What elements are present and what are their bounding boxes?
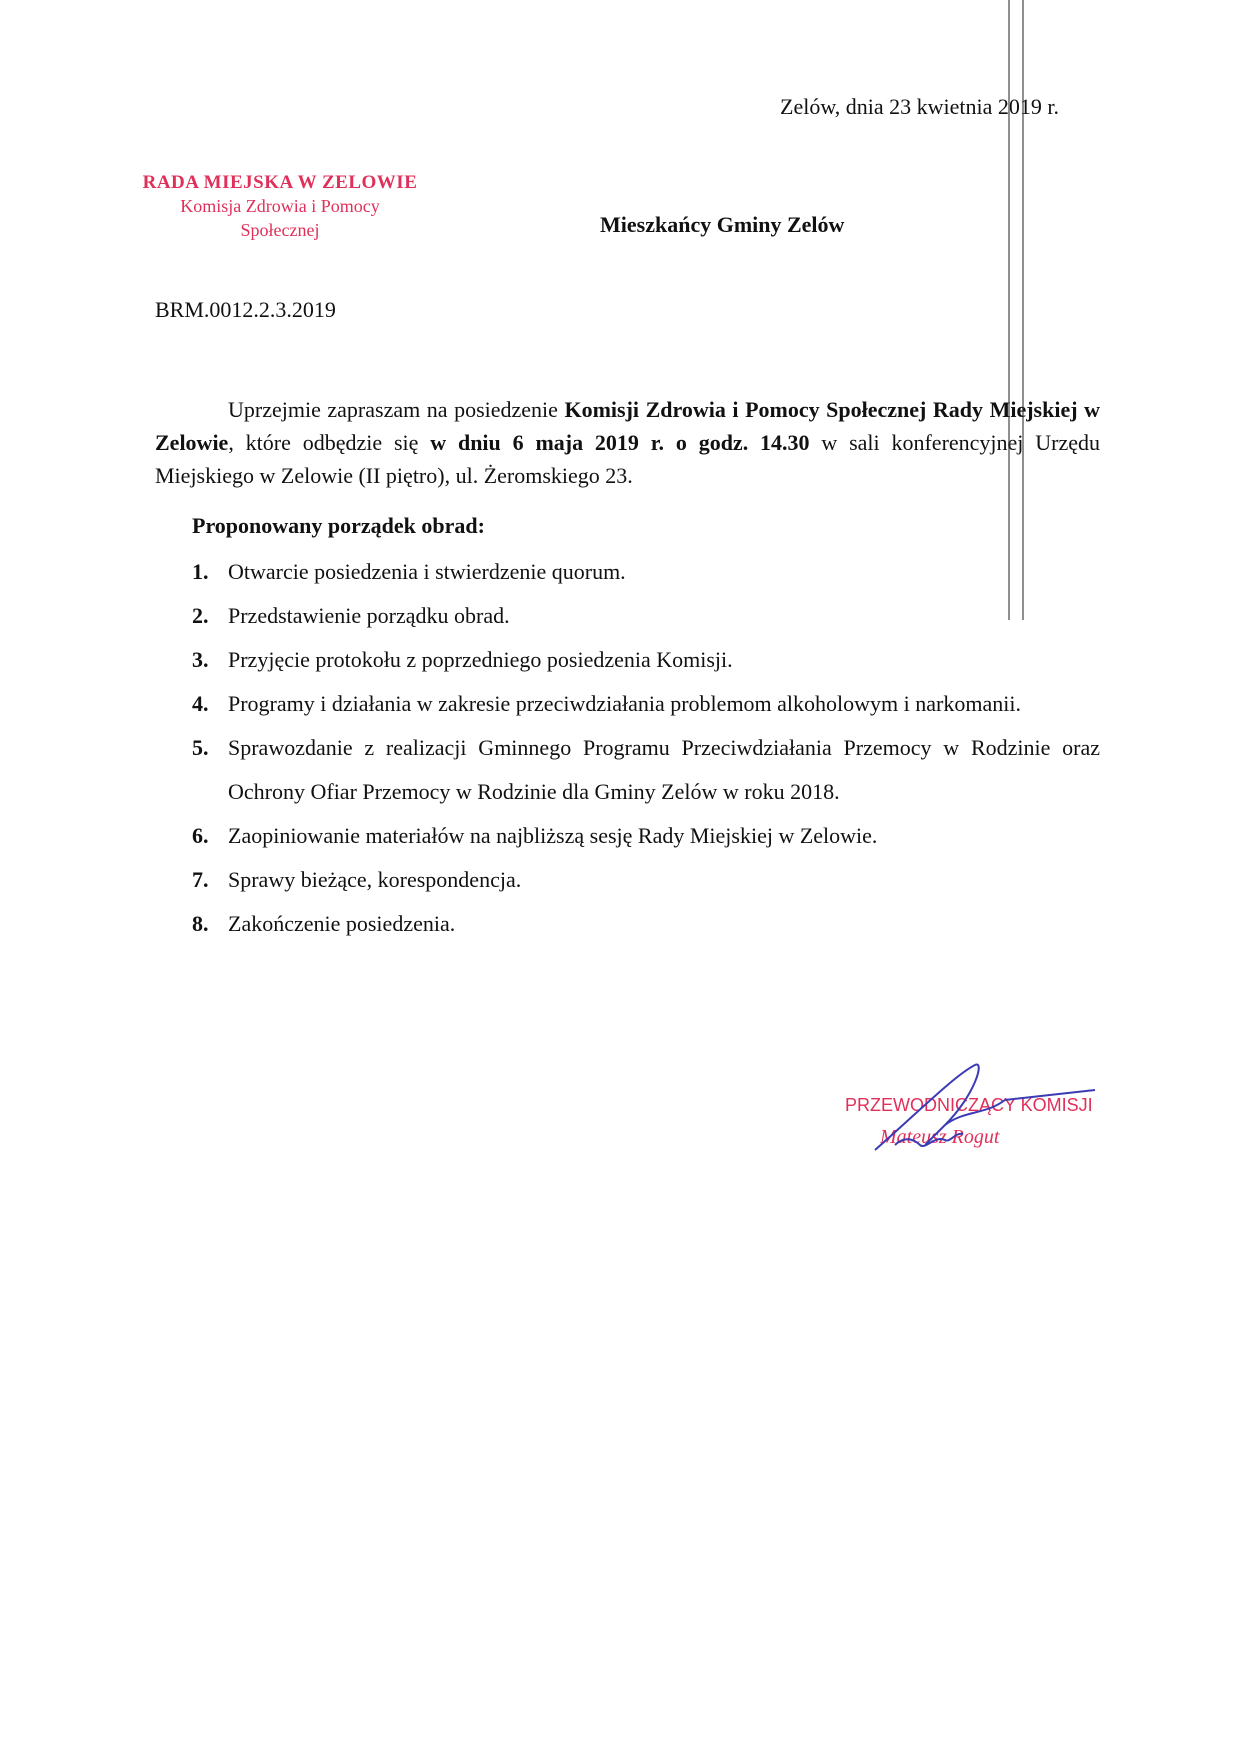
agenda-num: 7.: [192, 858, 228, 902]
agenda-text: Sprawozdanie z realizacji Gminnego Progr…: [228, 726, 1100, 814]
agenda-text: Przyjęcie protokołu z poprzedniego posie…: [228, 638, 1100, 682]
agenda-text: Programy i działania w zakresie przeciwd…: [228, 682, 1100, 726]
stamp-line-3: Społecznej: [120, 218, 440, 242]
agenda-text: Zaopiniowanie materiałów na najbliższą s…: [228, 814, 1100, 858]
agenda-num: 8.: [192, 902, 228, 946]
agenda-text: Zakończenie posiedzenia.: [228, 902, 1100, 946]
stamp-line-1: RADA MIEJSKA W ZELOWIE: [120, 172, 440, 194]
reference-number: BRM.0012.2.3.2019: [155, 297, 336, 323]
recipient: Mieszkańcy Gminy Zelów: [600, 212, 844, 238]
signature-block: PRZEWODNICZĄCY KOMISJI Mateusz Rogut: [845, 1095, 1105, 1149]
agenda-num: 6.: [192, 814, 228, 858]
agenda-item: 1.Otwarcie posiedzenia i stwierdzenie qu…: [192, 550, 1100, 594]
agenda-item: 3.Przyjęcie protokołu z poprzedniego pos…: [192, 638, 1100, 682]
agenda-num: 2.: [192, 594, 228, 638]
agenda-num: 3.: [192, 638, 228, 682]
agenda-item: 8.Zakończenie posiedzenia.: [192, 902, 1100, 946]
agenda-item: 7.Sprawy bieżące, korespondencja.: [192, 858, 1100, 902]
scan-artifact-line: [1008, 0, 1010, 620]
agenda-text: Otwarcie posiedzenia i stwierdzenie quor…: [228, 550, 1100, 594]
intro-text-2: , które odbędzie się: [228, 430, 430, 455]
agenda-num: 1.: [192, 550, 228, 594]
agenda-text: Przedstawienie porządku obrad.: [228, 594, 1100, 638]
agenda-num: 4.: [192, 682, 228, 726]
place-date: Zelów, dnia 23 kwietnia 2019 r.: [780, 94, 1059, 120]
handwritten-signature-icon: [855, 1055, 1105, 1175]
agenda-item: 2.Przedstawienie porządku obrad.: [192, 594, 1100, 638]
agenda-text: Sprawy bieżące, korespondencja.: [228, 858, 1100, 902]
agenda-item: 4.Programy i działania w zakresie przeci…: [192, 682, 1100, 726]
invitation-paragraph: Uprzejmie zapraszam na posiedzenie Komis…: [155, 393, 1100, 492]
intro-text-1: Uprzejmie zapraszam na posiedzenie: [228, 397, 564, 422]
agenda-list: 1.Otwarcie posiedzenia i stwierdzenie qu…: [192, 550, 1100, 946]
scan-artifact-line: [1022, 0, 1024, 620]
agenda-item: 5.Sprawozdanie z realizacji Gminnego Pro…: [192, 726, 1100, 814]
agenda-item: 6.Zaopiniowanie materiałów na najbliższą…: [192, 814, 1100, 858]
meeting-datetime: w dniu 6 maja 2019 r. o godz. 14.30: [430, 430, 809, 455]
agenda-num: 5.: [192, 726, 228, 814]
council-stamp: RADA MIEJSKA W ZELOWIE Komisja Zdrowia i…: [120, 172, 440, 242]
agenda-title: Proponowany porządek obrad:: [192, 513, 485, 539]
stamp-line-2: Komisja Zdrowia i Pomocy: [120, 194, 440, 218]
